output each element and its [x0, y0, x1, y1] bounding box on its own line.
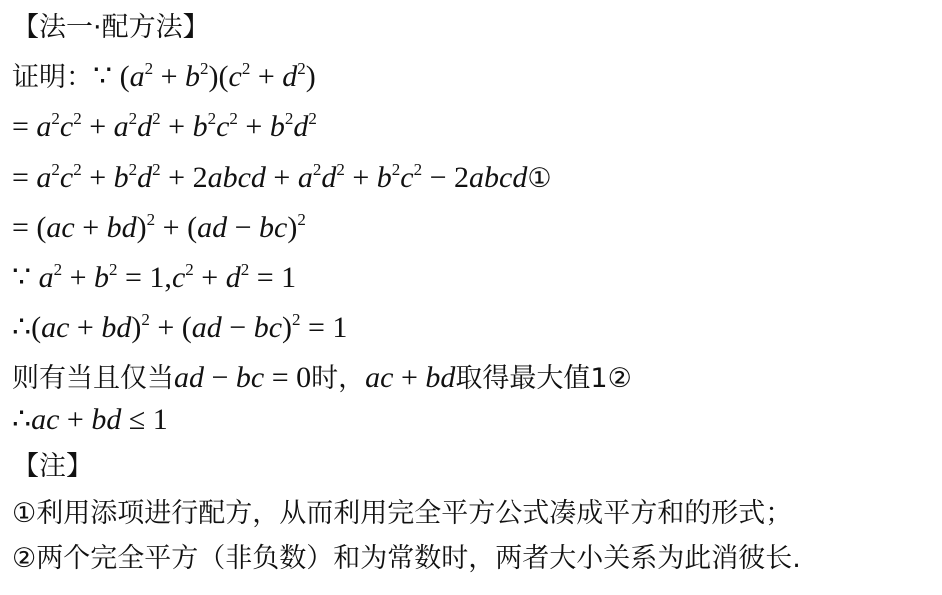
- marker-2: ②: [608, 363, 632, 394]
- proof-line-5: ∵ a2 + b2 = 1,c2 + d2 = 1: [12, 260, 296, 297]
- marker-1: ①: [527, 163, 551, 194]
- proof-line-3: = a2c2 + b2d2 + 2abcd + a2d2 + b2c2 − 2a…: [12, 160, 552, 197]
- because-symbol: ∵ (a2 + b2)(c2 + d2): [93, 60, 316, 93]
- therefore-symbol: ∴: [12, 403, 31, 436]
- proof-line-8: ∴ac + bd ≤ 1: [12, 402, 168, 439]
- proof-line-6: ∴(ac + bd)2 + (ad − bc)2 = 1: [12, 310, 347, 347]
- method-heading: 【法一·配方法】: [12, 10, 210, 46]
- note-2: ②两个完全平方（非负数）和为常数时，两者大小关系为此消彼长.: [12, 541, 801, 577]
- because-symbol: ∵: [12, 261, 31, 294]
- proof-line-7: 则有当且仅当ad − bc = 0时，ac + bd取得最大值1②: [12, 360, 632, 397]
- therefore-symbol: ∴: [12, 311, 31, 344]
- proof-line-1: 证明：∵ (a2 + b2)(c2 + d2): [12, 59, 316, 96]
- proof-line-2: = a2c2 + a2d2 + b2c2 + b2d2: [12, 109, 317, 146]
- proof-line-4: = (ac + bd)2 + (ad − bc)2: [12, 210, 306, 247]
- proof-label: 证明：: [12, 62, 93, 93]
- note-1: ①利用添项进行配方，从而利用完全平方公式凑成平方和的形式；: [12, 496, 792, 532]
- note-heading: 【注】: [12, 449, 93, 485]
